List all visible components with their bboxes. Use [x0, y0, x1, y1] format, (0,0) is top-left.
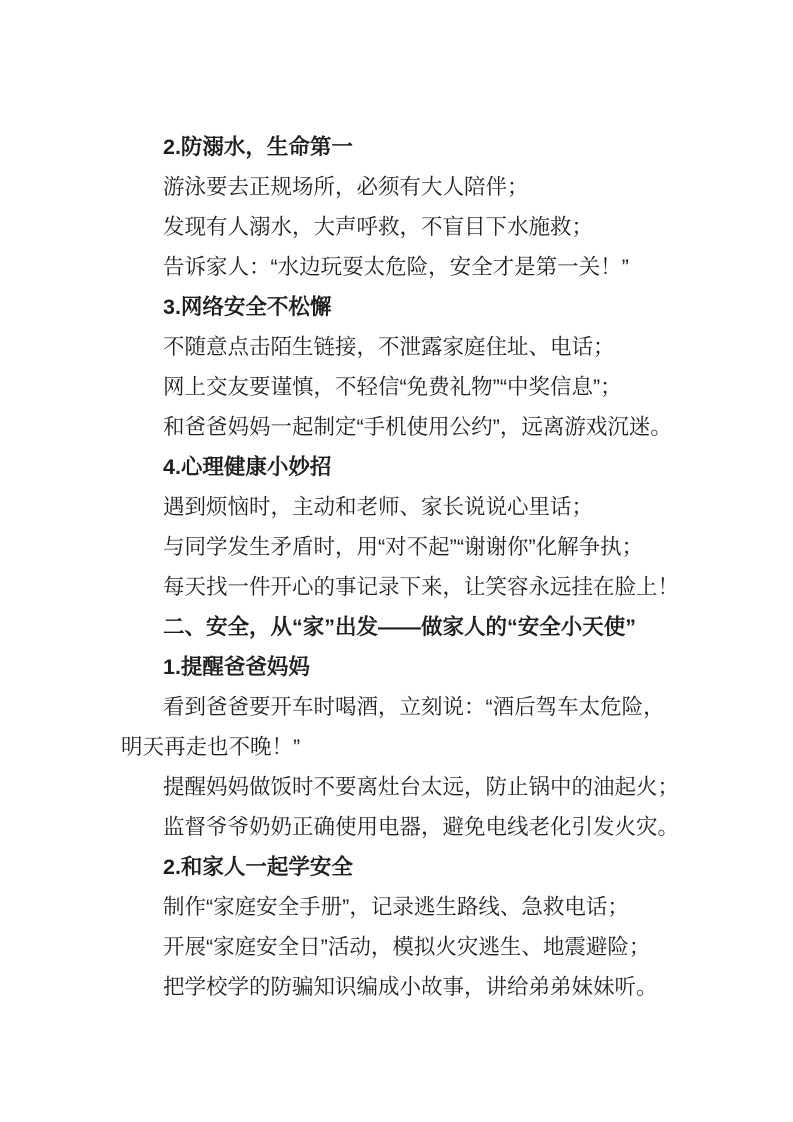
- sub-heading: 2.防溺水，生命第一: [121, 127, 741, 167]
- paragraph-line: 游泳要去正规场所，必须有大人陪伴；: [121, 167, 741, 207]
- paragraph-line: 开展“家庭安全日”活动，模拟火灾逃生、地震避险；: [121, 927, 741, 967]
- document-content: 2.防溺水，生命第一游泳要去正规场所，必须有大人陪伴；发现有人溺水，大声呼救，不…: [121, 127, 741, 1007]
- paragraph-line: 看到爸爸要开车时喝酒，立刻说：“酒后驾车太危险，: [121, 687, 741, 727]
- paragraph-line: 不随意点击陌生链接，不泄露家庭住址、电话；: [121, 327, 741, 367]
- document-page: 2.防溺水，生命第一游泳要去正规场所，必须有大人陪伴；发现有人溺水，大声呼救，不…: [0, 0, 793, 1122]
- paragraph-line: 遇到烦恼时，主动和老师、家长说说心里话；: [121, 487, 741, 527]
- sub-heading: 1.提醒爸爸妈妈: [121, 647, 741, 687]
- paragraph-line: 与同学发生矛盾时，用“对不起”“谢谢你”化解争执；: [121, 527, 741, 567]
- paragraph-line: 网上交友要谨慎，不轻信“免费礼物”“中奖信息”；: [121, 367, 741, 407]
- paragraph-line: 告诉家人：“水边玩耍太危险，安全才是第一关！”: [121, 247, 741, 287]
- sub-heading: 2.和家人一起学安全: [121, 847, 741, 887]
- section-heading: 二、安全，从“家”出发——做家人的“安全小天使”: [121, 607, 741, 647]
- paragraph-line: 和爸爸妈妈一起制定“手机使用公约”，远离游戏沉迷。: [121, 407, 741, 447]
- sub-heading: 3.网络安全不松懈: [121, 287, 741, 327]
- paragraph-line: 明天再走也不晚！”: [121, 727, 741, 767]
- paragraph-line: 把学校学的防骗知识编成小故事，讲给弟弟妹妹听。: [121, 967, 741, 1007]
- paragraph-line: 监督爷爷奶奶正确使用电器，避免电线老化引发火灾。: [121, 807, 741, 847]
- paragraph-line: 每天找一件开心的事记录下来，让笑容永远挂在脸上！: [121, 567, 741, 607]
- paragraph-line: 制作“家庭安全手册”，记录逃生路线、急救电话；: [121, 887, 741, 927]
- paragraph-line: 提醒妈妈做饭时不要离灶台太远，防止锅中的油起火；: [121, 767, 741, 807]
- sub-heading: 4.心理健康小妙招: [121, 447, 741, 487]
- paragraph-line: 发现有人溺水，大声呼救，不盲目下水施救；: [121, 207, 741, 247]
